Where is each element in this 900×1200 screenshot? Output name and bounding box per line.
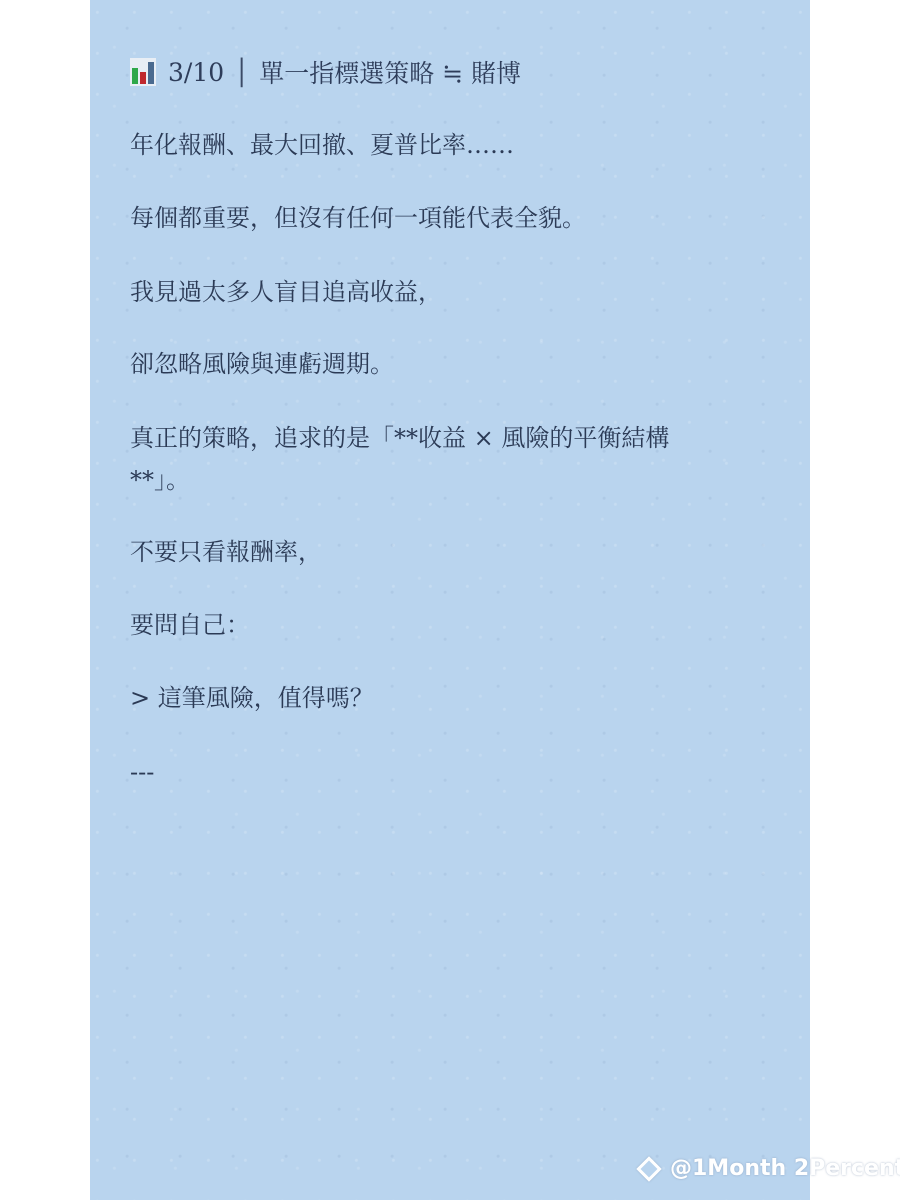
horizontal-rule-text: --- [130,751,770,793]
note-page: 3/10 │ 單一指標選策略 ≒ 賭博 年化報酬、最大回撤、夏普比率…… 每個都… [90,0,810,1200]
paragraph-chasing-returns: 我見過太多人盲目追高收益， [130,271,770,313]
watermark-text: @1Month 2Percent [670,1156,900,1181]
page-title: 單一指標選策略 ≒ 賭博 [259,54,521,90]
paragraph-ignoring-risk: 卻忽略風險與連虧週期。 [130,343,770,385]
bar-chart-icon [130,58,156,86]
paragraph-importance: 每個都重要，但沒有任何一項能代表全貌。 [130,197,770,239]
quote-worth-the-risk: > 這筆風險，值得嗎？ [130,677,770,719]
watermark: @1Month 2Percent [640,1156,900,1181]
note-header: 3/10 │ 單一指標選策略 ≒ 賭博 [130,54,521,90]
paragraph-metrics: 年化報酬、最大回撤、夏普比率…… [130,124,770,166]
paragraph-true-strategy: 真正的策略，追求的是「**收益 × 風險的平衡結構 **」。 [130,417,770,501]
page-indicator: 3/10 [168,58,224,87]
paragraph-ask-yourself: 要問自己： [130,604,770,646]
header-separator: │ [234,58,249,87]
diamond-logo-icon [636,1156,661,1181]
paragraph-not-only-returns: 不要只看報酬率， [130,531,770,573]
